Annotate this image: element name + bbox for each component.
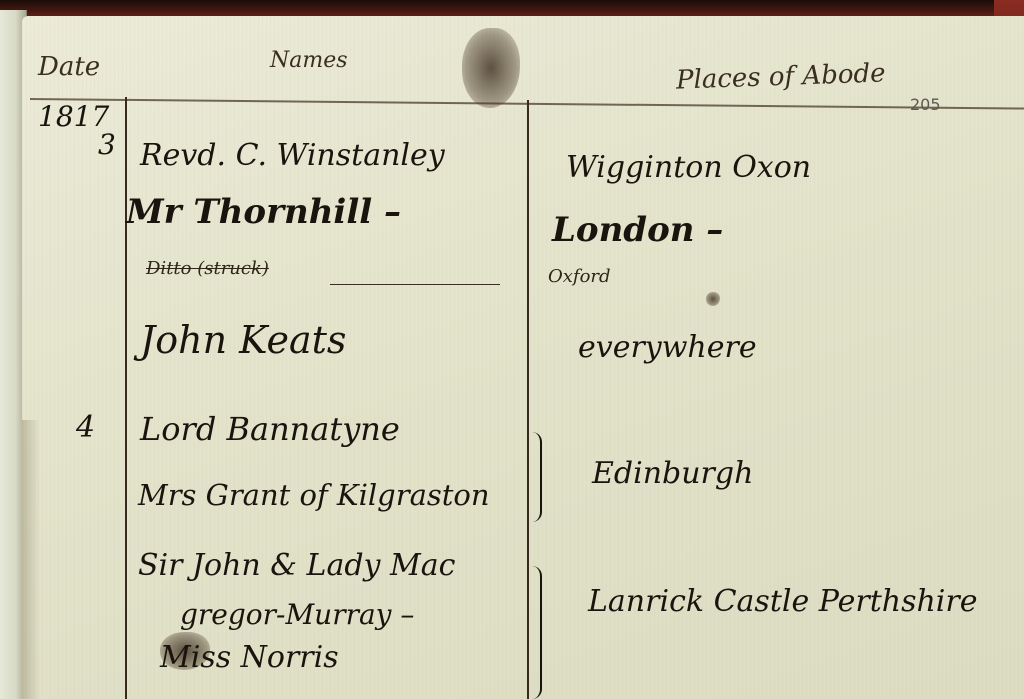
name-john-keats: John Keats [140,318,346,362]
name-thornhill: Mr Thornhill – [126,192,401,232]
bracket-macgregor-norris [522,566,542,699]
name-macgregor-2: gregor-Murray – [180,598,414,631]
header-names: Names [270,48,348,73]
abode-oxford: Oxford [548,266,611,287]
entry-day-4: 4 [76,410,95,445]
abode-wigginton: Wigginton Oxon [566,150,811,185]
entry-day-3: 3 [98,128,116,161]
name-norris: Miss Norris [160,640,339,675]
name-bannatyne: Lord Bannatyne [140,410,400,448]
page-number: 205 [910,95,941,114]
abode-everywhere: everywhere [578,330,757,365]
bracket-bannatyne-grant [522,432,542,522]
separator-stroke [330,284,500,285]
date-column-rule [125,97,127,699]
name-winstanley: Revd. C. Winstanley [140,138,445,173]
abode-lanrick-castle: Lanrick Castle Perthshire [588,584,977,619]
abode-edinburgh: Edinburgh [592,456,753,491]
header-date: Date [38,52,100,82]
abode-london: London – [552,210,723,250]
name-ditto-struck: Ditto (struck) [146,258,269,279]
name-macgregor-1: Sir John & Lady Mac [138,548,455,583]
name-grant: Mrs Grant of Kilgraston [138,478,490,512]
page-shadow [22,420,40,699]
